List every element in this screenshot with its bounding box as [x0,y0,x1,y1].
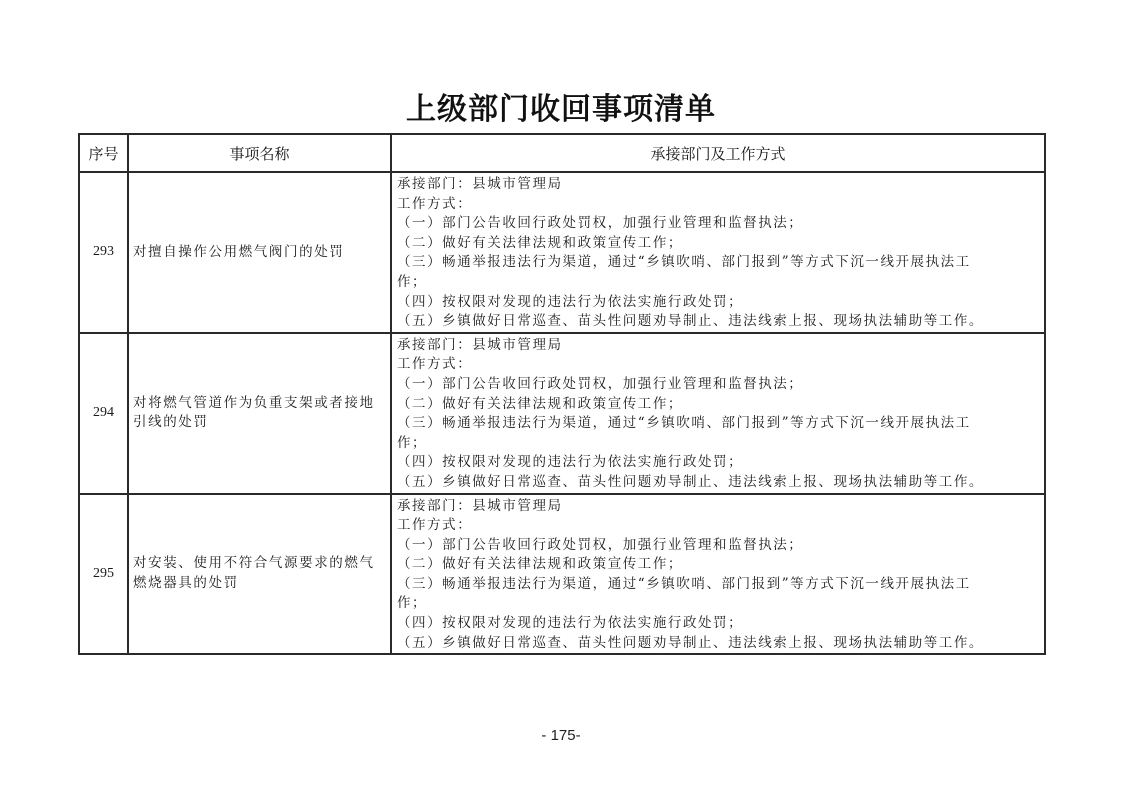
method-label: 工作方式： [397,355,1040,375]
row-item-name: 对擅自操作公用燃气阀门的处罚 [128,172,391,333]
row-detail: 承接部门：县城市管理局 工作方式： （一）部门公告收回行政处罚权，加强行业管理和… [391,494,1045,655]
department-line: 承接部门：县城市管理局 [397,497,1040,517]
row-item-name: 对将燃气管道作为负重支架或者接地引线的处罚 [128,333,391,494]
method-item: （四）按权限对发现的违法行为依法实施行政处罚； [397,453,1040,473]
method-item: （四）按权限对发现的违法行为依法实施行政处罚； [397,614,1040,634]
header-index: 序号 [79,134,128,172]
method-item: （三）畅通举报违法行为渠道，通过“乡镇吹哨、部门报到”等方式下沉一线开展执法工 [397,575,1040,595]
page-number: - 175- [0,727,1122,744]
row-index: 295 [79,494,128,655]
table-row: 295 对安装、使用不符合气源要求的燃气燃烧器具的处罚 承接部门：县城市管理局 … [79,494,1045,655]
header-department-method: 承接部门及工作方式 [391,134,1045,172]
method-label: 工作方式： [397,516,1040,536]
table-row: 293 对擅自操作公用燃气阀门的处罚 承接部门：县城市管理局 工作方式： （一）… [79,172,1045,333]
row-detail: 承接部门：县城市管理局 工作方式： （一）部门公告收回行政处罚权，加强行业管理和… [391,333,1045,494]
row-index: 294 [79,333,128,494]
method-label: 工作方式： [397,195,1040,215]
row-item-name: 对安装、使用不符合气源要求的燃气燃烧器具的处罚 [128,494,391,655]
row-index: 293 [79,172,128,333]
method-item: （二）做好有关法律法规和政策宣传工作； [397,555,1040,575]
method-item-continuation: 作； [397,594,1040,614]
method-item: （三）畅通举报违法行为渠道，通过“乡镇吹哨、部门报到”等方式下沉一线开展执法工 [397,253,1040,273]
department-line: 承接部门：县城市管理局 [397,336,1040,356]
method-item: （四）按权限对发现的违法行为依法实施行政处罚； [397,293,1040,313]
table-header-row: 序号 事项名称 承接部门及工作方式 [79,134,1045,172]
header-item-name: 事项名称 [128,134,391,172]
method-item: （一）部门公告收回行政处罚权，加强行业管理和监督执法； [397,214,1040,234]
method-item: （一）部门公告收回行政处罚权，加强行业管理和监督执法； [397,375,1040,395]
recalled-items-table: 序号 事项名称 承接部门及工作方式 293 对擅自操作公用燃气阀门的处罚 承接部… [78,133,1046,655]
method-item: （一）部门公告收回行政处罚权，加强行业管理和监督执法； [397,536,1040,556]
department-line: 承接部门：县城市管理局 [397,175,1040,195]
page-title: 上级部门收回事项清单 [0,90,1122,130]
method-item-continuation: 作； [397,434,1040,454]
method-item: （三）畅通举报违法行为渠道，通过“乡镇吹哨、部门报到”等方式下沉一线开展执法工 [397,414,1040,434]
table-row: 294 对将燃气管道作为负重支架或者接地引线的处罚 承接部门：县城市管理局 工作… [79,333,1045,494]
method-item: （二）做好有关法律法规和政策宣传工作； [397,395,1040,415]
method-item: （五）乡镇做好日常巡查、苗头性问题劝导制止、违法线索上报、现场执法辅助等工作。 [397,473,1040,493]
method-item: （二）做好有关法律法规和政策宣传工作； [397,234,1040,254]
row-detail: 承接部门：县城市管理局 工作方式： （一）部门公告收回行政处罚权，加强行业管理和… [391,172,1045,333]
method-item: （五）乡镇做好日常巡查、苗头性问题劝导制止、违法线索上报、现场执法辅助等工作。 [397,634,1040,654]
method-item-continuation: 作； [397,273,1040,293]
method-item: （五）乡镇做好日常巡查、苗头性问题劝导制止、违法线索上报、现场执法辅助等工作。 [397,312,1040,332]
